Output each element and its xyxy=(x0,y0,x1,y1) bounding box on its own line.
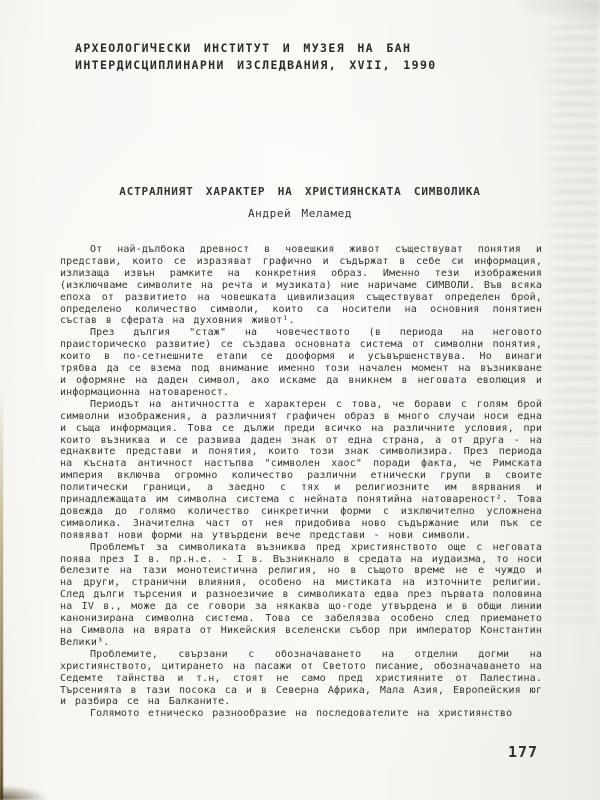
journal-header-line1: АРХЕОЛОГИЧЕСКИ ИНСТИТУТ И МУЗЕЯ НА БАН xyxy=(75,40,437,57)
paragraph: Проблемът за символиката възниква пред х… xyxy=(60,542,542,649)
paragraph: Проблемите, свързани с обозначаването на… xyxy=(60,649,542,709)
page-number: 177 xyxy=(508,743,538,761)
body-text: От най-дълбока древност в човешкия живот… xyxy=(60,244,542,720)
paragraph: През дългия "стаж" на човечеството (в пе… xyxy=(60,327,542,398)
scanned-page: АРХЕОЛОГИЧЕСКИ ИНСТИТУТ И МУЗЕЯ НА БАН И… xyxy=(0,0,600,800)
title-block: АСТРАЛНИЯТ ХАРАКТЕР НА ХРИСТИЯНСКАТА СИМ… xyxy=(60,185,540,220)
article-title: АСТРАЛНИЯТ ХАРАКТЕР НА ХРИСТИЯНСКАТА СИМ… xyxy=(60,185,540,198)
page-bleed-through-top xyxy=(540,25,598,445)
paragraph: От най-дълбока древност в човешкия живот… xyxy=(60,244,542,327)
page-corner-shadow xyxy=(0,786,46,800)
book-edge-line xyxy=(0,390,3,800)
journal-header: АРХЕОЛОГИЧЕСКИ ИНСТИТУТ И МУЗЕЯ НА БАН И… xyxy=(75,40,437,74)
paragraph: Периодът на античността е характерен с т… xyxy=(60,399,542,542)
page-bleed-through-middle xyxy=(554,450,594,630)
journal-header-line2: ИНТЕРДИСЦИПЛИНАРНИ ИЗСЛЕДВАНИЯ, XVII, 19… xyxy=(75,57,437,74)
paragraph: Голямото етническо разнообразие на после… xyxy=(60,708,542,720)
page-top-right-shade xyxy=(520,0,600,26)
article-author: Андрей Меламед xyxy=(60,207,540,220)
